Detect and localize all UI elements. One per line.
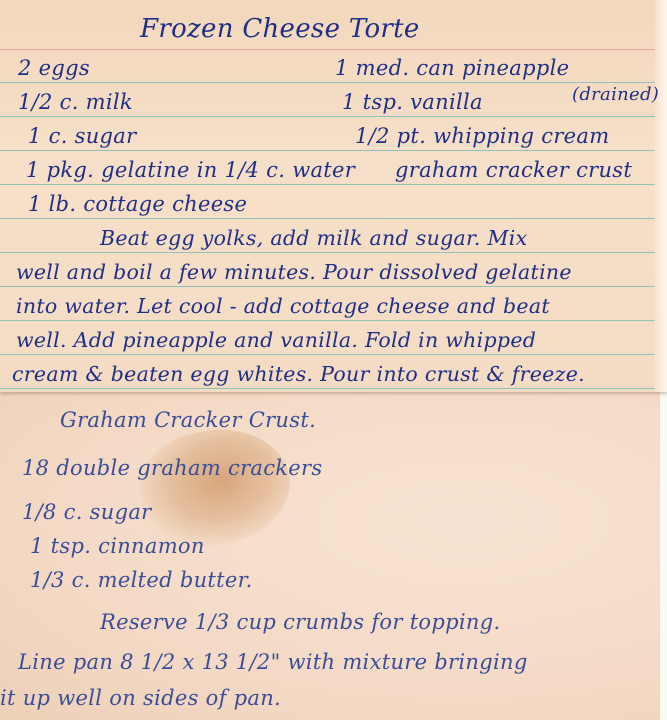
ingredient-right: graham cracker crust: [395, 158, 632, 182]
card-edge: [653, 0, 667, 392]
ruled-line: [0, 354, 655, 355]
ruled-line: [0, 252, 655, 253]
ingredient-right: 1 med. can pineapple: [335, 56, 569, 80]
ingredient-left: 1 lb. cottage cheese: [28, 192, 247, 216]
crust-ingredient: 18 double graham crackers: [22, 456, 322, 480]
crust-ingredient: 1/8 c. sugar: [22, 500, 152, 524]
crust-title: Graham Cracker Crust.: [60, 408, 316, 432]
ingredient-left: 1/2 c. milk: [18, 90, 133, 114]
ingredient-left: 2 eggs: [18, 56, 90, 80]
recipe-card-top: Frozen Cheese Torte 2 eggs 1/2 c. milk 1…: [0, 0, 667, 392]
crust-direction: Reserve 1/3 cup crumbs for topping.: [100, 610, 500, 634]
red-margin-rule: [0, 49, 655, 50]
ingredient-note: (drained): [572, 84, 659, 105]
crust-direction: it up well on sides of pan.: [0, 686, 281, 710]
card-edge: [660, 392, 667, 720]
crust-direction: Line pan 8 1/2 x 13 1/2" with mixture br…: [18, 650, 528, 674]
ingredient-left: 1 c. sugar: [28, 124, 136, 148]
recipe-title: Frozen Cheese Torte: [140, 14, 420, 44]
direction-line: into water. Let cool - add cottage chees…: [16, 294, 550, 318]
crust-ingredient: 1 tsp. cinnamon: [30, 534, 205, 558]
direction-line: Beat egg yolks, add milk and sugar. Mix: [100, 226, 528, 250]
direction-line: well. Add pineapple and vanilla. Fold in…: [16, 328, 536, 352]
ruled-line: [0, 184, 655, 185]
ruled-line: [0, 218, 655, 219]
direction-line: cream & beaten egg whites. Pour into cru…: [12, 362, 585, 386]
ruled-line: [0, 388, 655, 389]
ingredient-left: 1 pkg. gelatine in 1/4 c. water: [26, 158, 355, 182]
direction-line: well and boil a few minutes. Pour dissol…: [16, 260, 572, 284]
ruled-line: [0, 286, 655, 287]
ruled-line: [0, 320, 655, 321]
ruled-line: [0, 150, 655, 151]
ingredient-right: 1 tsp. vanilla: [342, 90, 483, 114]
ruled-line: [0, 116, 655, 117]
crust-ingredient: 1/3 c. melted butter.: [30, 568, 253, 592]
ruled-line: [0, 82, 655, 83]
ingredient-right: 1/2 pt. whipping cream: [355, 124, 609, 148]
